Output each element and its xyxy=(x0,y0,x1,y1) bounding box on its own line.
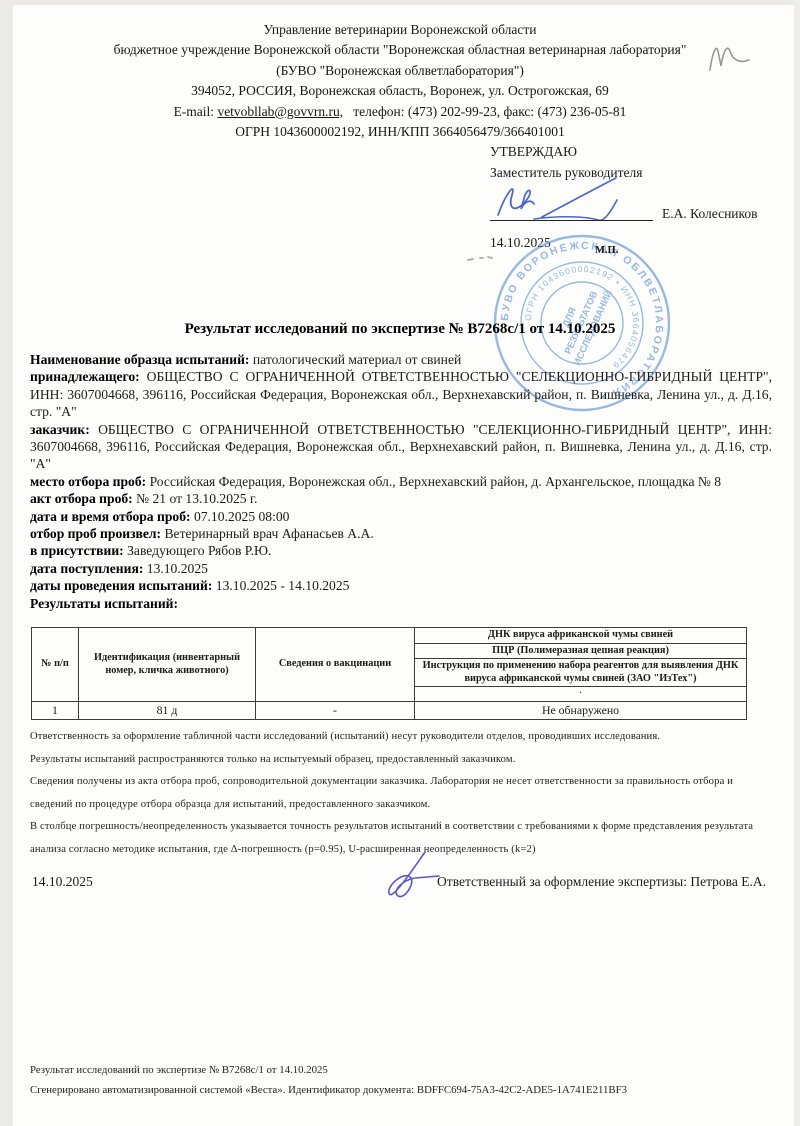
col-header-num: № п/п xyxy=(32,628,79,702)
org-header: Управление ветеринарии Воронежской облас… xyxy=(45,20,755,142)
footnote-2: Результаты испытаний распространяются то… xyxy=(30,749,774,772)
col-header-dot: · xyxy=(415,687,747,702)
phone-fax: телефон: (473) 202-99-23, факс: (473) 23… xyxy=(353,104,626,119)
cell-identification: 81 д xyxy=(79,702,256,720)
org-address: 394052, РОССИЯ, Воронежская область, Вор… xyxy=(45,81,755,101)
col-header-instruction: Инструкция по применению набора реагенто… xyxy=(415,659,747,687)
org-contacts: E-mail: vetvobllab@govvrn.ru, телефон: (… xyxy=(45,102,755,122)
approval-heading: УТВЕРЖДАЮ xyxy=(490,141,780,162)
document-title: Результат исследований по экспертизе № В… xyxy=(0,321,800,338)
detail-sampled-by: отбор проб произвел: Ветеринарный врач А… xyxy=(30,525,772,542)
signature-line xyxy=(490,220,653,221)
col-header-group: ДНК вируса африканской чумы свиней xyxy=(415,628,747,644)
detail-owner: принадлежащего: ОБЩЕСТВО С ОГРАНИЧЕННОЙ … xyxy=(30,368,772,420)
sample-details: Наименование образца испытаний: патологи… xyxy=(30,351,772,612)
responsible-signature xyxy=(379,848,443,910)
footer-expertise-ref: Результат исследований по экспертизе № В… xyxy=(30,1061,770,1081)
cell-vaccination: - xyxy=(256,702,415,720)
org-name-line2: бюджетное учреждение Воронежской области… xyxy=(45,40,755,60)
approver-name: Е.А. Колесников xyxy=(662,203,758,224)
detail-sampling-place: место отбора проб: Российская Федерация,… xyxy=(30,473,772,490)
scan-edge-top xyxy=(0,0,800,5)
signing-date: 14.10.2025 xyxy=(32,874,93,890)
scan-edge-right xyxy=(794,0,800,1126)
footnote-3: Сведения получены из акта отбора проб, с… xyxy=(30,771,774,816)
email-value: vetvobllab@govvrn.ru, xyxy=(217,104,343,119)
mp-label: М.П. xyxy=(595,245,618,256)
responsible-label: Ответственный за оформление экспертизы: … xyxy=(437,874,766,889)
org-name-line3: (БУВО "Воронежская облветлаборатория") xyxy=(45,61,755,81)
col-header-vaccination: Сведения о вакцинации xyxy=(256,628,415,702)
cell-num: 1 xyxy=(32,702,79,720)
col-header-method: ПЦР (Полимеразная цепная реакция) xyxy=(415,643,747,659)
detail-test-dates: даты проведения испытаний: 13.10.2025 - … xyxy=(30,577,772,594)
detail-customer: заказчик: ОБЩЕСТВО С ОГРАНИЧЕННОЙ ОТВЕТС… xyxy=(30,421,772,473)
results-table: № п/п Идентификация (инвентарный номер, … xyxy=(31,627,747,720)
table-row: 1 81 д - Не обнаружено xyxy=(32,702,747,720)
footer-generated-by: Сгенерировано автоматизированной системо… xyxy=(30,1081,770,1101)
signing-row: 14.10.2025 Ответственный за оформление э… xyxy=(32,874,766,890)
document-page: Управление ветеринарии Воронежской облас… xyxy=(0,0,800,1126)
email-label: E-mail: xyxy=(174,104,215,119)
footnote-1: Ответственность за оформление табличной … xyxy=(30,726,774,749)
handwritten-pencil-mark xyxy=(702,32,754,80)
detail-sampling-datetime: дата и время отбора проб: 07.10.2025 08:… xyxy=(30,508,772,525)
pencil-dots xyxy=(466,248,496,268)
org-name-line1: Управление ветеринарии Воронежской облас… xyxy=(45,20,755,40)
approver-signature-area: Е.А. Колесников xyxy=(490,183,780,227)
col-header-identification: Идентификация (инвентарный номер, кличка… xyxy=(79,628,256,702)
responsible-block: Ответственный за оформление экспертизы: … xyxy=(427,874,766,890)
detail-sampling-act: акт отбора проб: № 21 от 13.10.2025 г. xyxy=(30,490,772,507)
cell-result: Не обнаружено xyxy=(415,702,747,720)
approver-signature xyxy=(484,173,664,225)
results-heading: Результаты испытаний: xyxy=(30,595,772,612)
detail-witness: в присутствии: Заведующего Рябов Р.Ю. xyxy=(30,542,772,559)
detail-sample-name: Наименование образца испытаний: патологи… xyxy=(30,351,772,368)
detail-received-date: дата поступления: 13.10.2025 xyxy=(30,560,772,577)
document-footer: Результат исследований по экспертизе № В… xyxy=(30,1061,770,1100)
footnotes: Ответственность за оформление табличной … xyxy=(30,726,774,861)
org-ogrn-inn: ОГРН 1043600002192, ИНН/КПП 3664056479/3… xyxy=(45,122,755,142)
scan-edge-left xyxy=(0,0,13,1126)
